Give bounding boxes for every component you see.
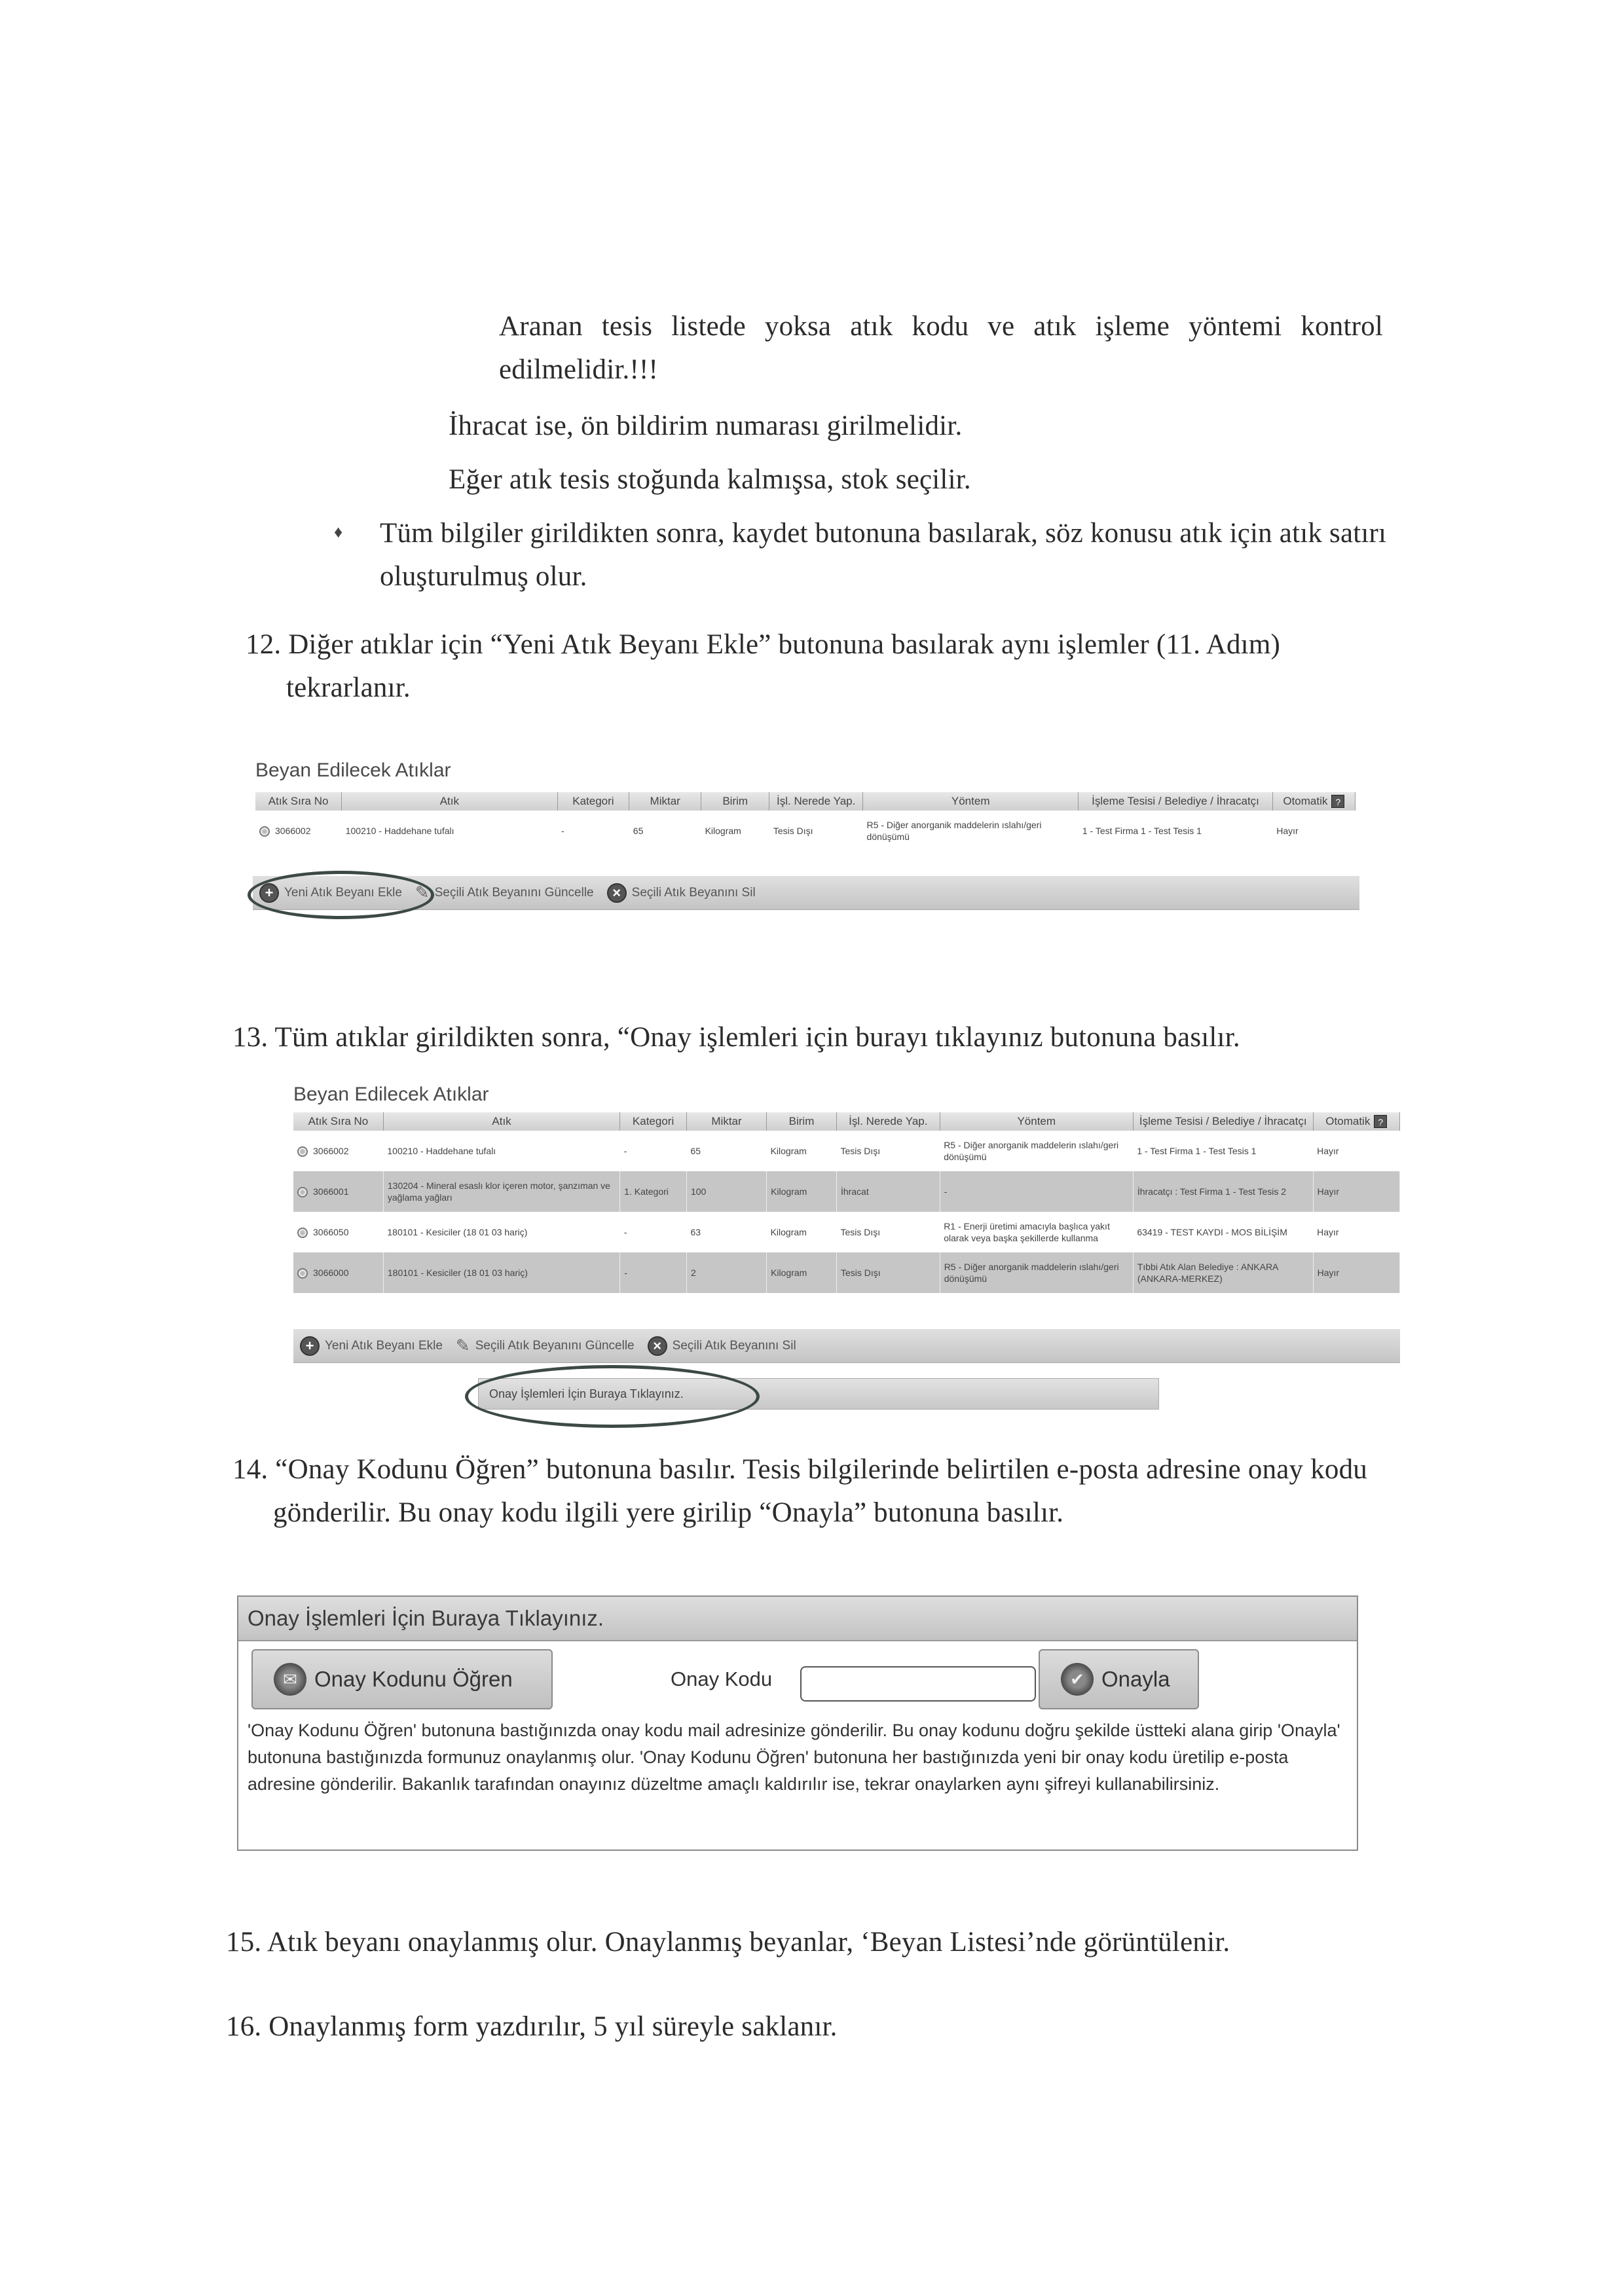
step-12: 12. Diğer atıklar için “Yeni Atık Beyanı… xyxy=(246,623,1405,710)
column-header[interactable]: Kategori xyxy=(557,792,629,811)
section-title: Beyan Edilecek Atıklar xyxy=(255,759,1356,782)
table-cell-tesis: 63419 - TEST KAYDI - MOS BİLİŞİM xyxy=(1133,1212,1313,1252)
column-header[interactable]: Yöntem xyxy=(863,792,1079,811)
approval-panel-header[interactable]: Onay İşlemleri İçin Buraya Tıklayınız. xyxy=(238,1597,1357,1641)
table-row[interactable]: 3066000180101 - Kesiciler (18 01 03 hari… xyxy=(293,1252,1400,1293)
table-cell-atik: 180101 - Kesiciler (18 01 03 hariç) xyxy=(383,1212,619,1252)
table-cell-atik: 100210 - Haddehane tufalı xyxy=(383,1131,619,1171)
table-cell-birim: Kilogram xyxy=(767,1252,837,1293)
waste-declaration-widget-1: Beyan Edilecek Atıklar Atık Sıra NoAtıkK… xyxy=(255,759,1356,917)
table-cell-no: 3066001 xyxy=(293,1171,383,1212)
table-cell-nerede: İhracat xyxy=(836,1171,940,1212)
table-cell-no: 3066000 xyxy=(293,1252,383,1293)
column-header[interactable]: Birim xyxy=(701,792,769,811)
table-cell-tesis: 1 - Test Firma 1 - Test Tesis 1 xyxy=(1079,811,1272,851)
table-cell-birim: Kilogram xyxy=(767,1212,837,1252)
step-16: 16. Onaylanmış form yazdırılır, 5 yıl sü… xyxy=(226,2005,1405,2049)
column-header[interactable]: Atık Sıra No xyxy=(293,1112,383,1131)
table-cell-yontem: - xyxy=(940,1171,1133,1212)
table-cell-miktar: 65 xyxy=(686,1131,766,1171)
add-label: Yeni Atık Beyanı Ekle xyxy=(284,886,402,900)
x-icon: × xyxy=(607,883,627,903)
step-13: 13. Tüm atıklar girildikten sonra, “Onay… xyxy=(232,1016,1398,1059)
table-cell-kategori: - xyxy=(620,1131,687,1171)
add-waste-declaration-button[interactable]: +Yeni Atık Beyanı Ekle xyxy=(259,883,402,903)
x-icon: × xyxy=(648,1336,667,1356)
table-cell-atik: 180101 - Kesiciler (18 01 03 hariç) xyxy=(383,1252,619,1293)
column-header[interactable]: Otomatik? xyxy=(1272,792,1355,811)
table-row[interactable]: 3066002100210 - Haddehane tufalı-65Kilog… xyxy=(255,811,1356,851)
table-cell-tesis: 1 - Test Firma 1 - Test Tesis 1 xyxy=(1133,1131,1313,1171)
pencil-icon: ✎ xyxy=(456,1336,470,1356)
update-label: Seçili Atık Beyanını Güncelle xyxy=(435,886,594,900)
delete-waste-declaration-button[interactable]: ×Seçili Atık Beyanını Sil xyxy=(607,883,756,903)
table-row[interactable]: 3066001130204 - Mineral esaslı klor içer… xyxy=(293,1171,1400,1212)
table-cell-nerede: Tesis Dışı xyxy=(836,1252,940,1293)
add-label: Yeni Atık Beyanı Ekle xyxy=(325,1339,443,1353)
action-toolbar-1: +Yeni Atık Beyanı Ekle ✎Seçili Atık Beya… xyxy=(253,876,1359,910)
step-15: 15. Atık beyanı onaylanmış olur. Onaylan… xyxy=(226,1921,1405,1964)
row-radio-button[interactable] xyxy=(297,1228,308,1238)
table-cell-atik: 100210 - Haddehane tufalı xyxy=(342,811,557,851)
note-export: İhracat ise, ön bildirim numarası girilm… xyxy=(449,405,1365,448)
waste-declaration-widget-2: Beyan Edilecek Atıklar Atık Sıra NoAtıkK… xyxy=(293,1084,1400,1430)
envelope-icon: ✉ xyxy=(274,1663,306,1696)
table-cell-otomatik: Hayır xyxy=(1313,1171,1399,1212)
update-waste-declaration-button[interactable]: ✎Seçili Atık Beyanını Güncelle xyxy=(415,883,594,903)
note-stock: Eğer atık tesis stoğunda kalmışsa, stok … xyxy=(449,458,1365,501)
table-cell-birim: Kilogram xyxy=(701,811,769,851)
column-header[interactable]: Miktar xyxy=(686,1112,766,1131)
table-cell-otomatik: Hayır xyxy=(1313,1212,1399,1252)
action-toolbar-2: +Yeni Atık Beyanı Ekle ✎Seçili Atık Beya… xyxy=(293,1329,1400,1363)
code-label: Onay Kodu xyxy=(671,1667,772,1691)
table-cell-miktar: 100 xyxy=(686,1171,766,1212)
note-save-bullet: Tüm bilgiler girildikten sonra, kaydet b… xyxy=(380,512,1388,598)
table-cell-kategori: - xyxy=(620,1212,687,1252)
table-cell-no: 3066002 xyxy=(255,811,342,851)
waste-table-1: Atık Sıra NoAtıkKategoriMiktarBirimİşl. … xyxy=(255,792,1356,851)
table-row[interactable]: 3066002100210 - Haddehane tufalı-65Kilog… xyxy=(293,1131,1400,1171)
step-14: 14. “Onay Kodunu Öğren” butonuna basılır… xyxy=(232,1448,1405,1535)
table-cell-birim: Kilogram xyxy=(767,1171,837,1212)
learn-code-button[interactable]: ✉ Onay Kodunu Öğren xyxy=(251,1649,553,1709)
table-cell-nerede: Tesis Dışı xyxy=(769,811,863,851)
row-radio-button[interactable] xyxy=(297,1268,308,1279)
column-header[interactable]: Otomatik? xyxy=(1313,1112,1399,1131)
column-header[interactable]: Atık xyxy=(383,1112,619,1131)
table-cell-miktar: 65 xyxy=(629,811,701,851)
column-header[interactable]: Miktar xyxy=(629,792,701,811)
pencil-icon: ✎ xyxy=(415,883,430,903)
confirm-label: Onayla xyxy=(1101,1667,1170,1692)
table-cell-nerede: Tesis Dışı xyxy=(836,1131,940,1171)
table-cell-nerede: Tesis Dışı xyxy=(836,1212,940,1252)
table-cell-otomatik: Hayır xyxy=(1313,1252,1399,1293)
table-cell-kategori: - xyxy=(557,811,629,851)
column-header[interactable]: Atık xyxy=(342,792,557,811)
column-header[interactable]: Yöntem xyxy=(940,1112,1133,1131)
table-cell-yontem: R1 - Enerji üretimi amacıyla başlıca yak… xyxy=(940,1212,1133,1252)
update-label: Seçili Atık Beyanını Güncelle xyxy=(475,1339,635,1353)
table-cell-kategori: - xyxy=(620,1252,687,1293)
table-cell-tesis: İhracatçı : Test Firma 1 - Test Tesis 2 xyxy=(1133,1171,1313,1212)
table-cell-miktar: 63 xyxy=(686,1212,766,1252)
row-radio-button[interactable] xyxy=(297,1146,308,1157)
table-cell-yontem: R5 - Diğer anorganik maddelerin ıslahı/g… xyxy=(940,1252,1133,1293)
table-cell-atik: 130204 - Mineral esaslı klor içeren moto… xyxy=(383,1171,619,1212)
table-cell-yontem: R5 - Diğer anorganik maddelerin ıslahı/g… xyxy=(863,811,1079,851)
column-header[interactable]: Birim xyxy=(767,1112,837,1131)
table-cell-no: 3066050 xyxy=(293,1212,383,1252)
add-waste-declaration-button[interactable]: +Yeni Atık Beyanı Ekle xyxy=(300,1336,443,1356)
delete-waste-declaration-button[interactable]: ×Seçili Atık Beyanını Sil xyxy=(648,1336,796,1356)
approval-operations-button[interactable]: Onay İşlemleri İçin Buraya Tıklayınız. xyxy=(478,1378,1159,1410)
approval-info-text: 'Onay Kodunu Öğren' butonuna bastığınızd… xyxy=(238,1712,1357,1807)
help-icon[interactable]: ? xyxy=(1331,795,1344,808)
column-header[interactable]: Atık Sıra No xyxy=(255,792,342,811)
table-cell-yontem: R5 - Diğer anorganik maddelerin ıslahı/g… xyxy=(940,1131,1133,1171)
plus-icon: + xyxy=(259,883,279,903)
delete-label: Seçili Atık Beyanını Sil xyxy=(673,1339,796,1353)
help-icon[interactable]: ? xyxy=(1374,1115,1387,1128)
column-header[interactable]: İşleme Tesisi / Belediye / İhracatçı xyxy=(1079,792,1272,811)
check-icon: ✔ xyxy=(1061,1663,1094,1696)
table-cell-tesis: Tıbbi Atık Alan Belediye : ANKARA (ANKAR… xyxy=(1133,1252,1313,1293)
column-header[interactable]: İşleme Tesisi / Belediye / İhracatçı xyxy=(1133,1112,1313,1131)
approval-panel: Onay İşlemleri İçin Buraya Tıklayınız. ✉… xyxy=(237,1595,1358,1851)
section-title: Beyan Edilecek Atıklar xyxy=(293,1084,1400,1106)
table-row[interactable]: 3066050180101 - Kesiciler (18 01 03 hari… xyxy=(293,1212,1400,1252)
table-cell-no: 3066002 xyxy=(293,1131,383,1171)
table-cell-birim: Kilogram xyxy=(767,1131,837,1171)
table-cell-otomatik: Hayır xyxy=(1313,1131,1399,1171)
column-header[interactable]: Kategori xyxy=(620,1112,687,1131)
approval-code-input[interactable] xyxy=(800,1666,1036,1702)
table-cell-otomatik: Hayır xyxy=(1272,811,1355,851)
table-cell-miktar: 2 xyxy=(686,1252,766,1293)
plus-icon: + xyxy=(300,1336,320,1356)
column-header[interactable]: İşl. Nerede Yap. xyxy=(769,792,863,811)
update-waste-declaration-button[interactable]: ✎Seçili Atık Beyanını Güncelle xyxy=(456,1336,635,1356)
row-radio-button[interactable] xyxy=(297,1187,308,1197)
waste-table-2: Atık Sıra NoAtıkKategoriMiktarBirimİşl. … xyxy=(293,1112,1400,1293)
diamond-bullet-icon: ♦ xyxy=(334,522,342,542)
note-check-code: Aranan tesis listede yoksa atık kodu ve … xyxy=(499,305,1383,392)
delete-label: Seçili Atık Beyanını Sil xyxy=(632,886,756,900)
column-header[interactable]: İşl. Nerede Yap. xyxy=(836,1112,940,1131)
table-cell-kategori: 1. Kategori xyxy=(620,1171,687,1212)
learn-code-label: Onay Kodunu Öğren xyxy=(314,1667,513,1692)
row-radio-button[interactable] xyxy=(259,826,270,837)
confirm-button[interactable]: ✔ Onayla xyxy=(1039,1649,1199,1709)
